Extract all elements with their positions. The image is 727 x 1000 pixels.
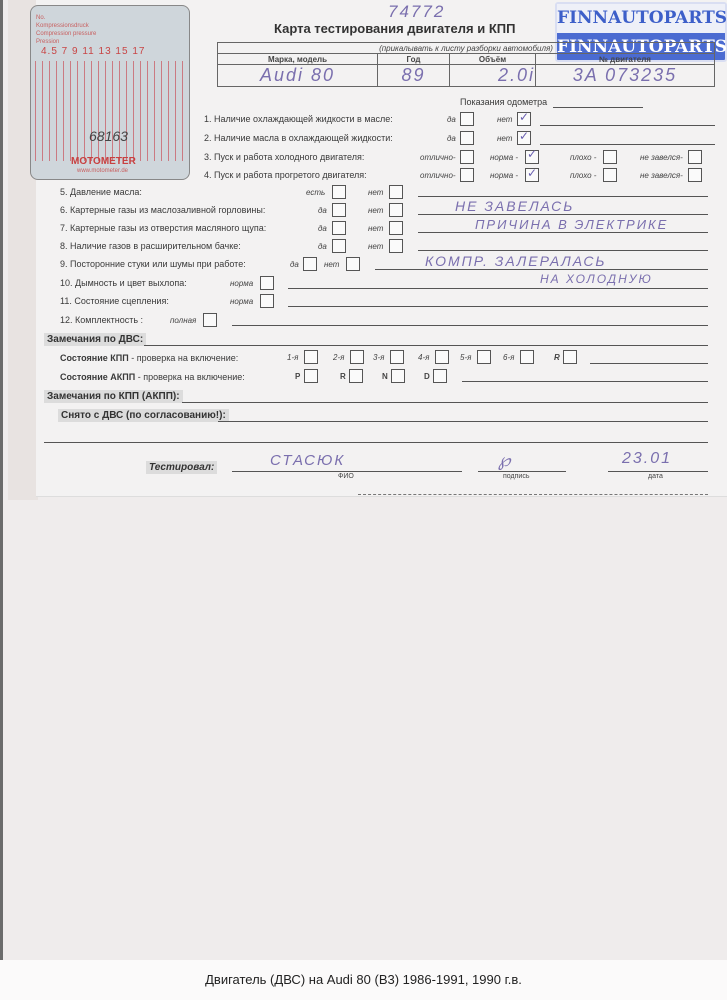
tester-name: СТАСЮК bbox=[270, 452, 345, 469]
card-url: www.motometer.de bbox=[77, 168, 128, 174]
gear-5-checkbox[interactable] bbox=[477, 350, 491, 364]
item-9-no-checkbox[interactable] bbox=[346, 257, 360, 271]
motometer-card: No. Kompressionsdruck Compression pressu… bbox=[30, 5, 190, 180]
notes-line-6 bbox=[288, 288, 708, 289]
name-line bbox=[232, 471, 462, 472]
item-4-not-started-checkbox[interactable] bbox=[688, 168, 702, 182]
value-year: 89 bbox=[378, 65, 450, 87]
note-1: НЕ ЗАВЕЛАСЬ bbox=[455, 198, 574, 214]
odometer-line bbox=[553, 107, 643, 108]
notes-line-7 bbox=[288, 306, 708, 307]
form-subtitle: (прикалывать к листу разборки автомобиля… bbox=[218, 43, 715, 54]
item-4-bad-checkbox[interactable] bbox=[603, 168, 617, 182]
value-model: Audi 80 bbox=[218, 65, 378, 87]
cut-line bbox=[358, 494, 708, 495]
item-3: 3. Пуск и работа холодного двигателя: bbox=[204, 152, 364, 162]
auto-p-checkbox[interactable] bbox=[304, 369, 318, 383]
vehicle-table: (прикалывать к листу разборки автомобиля… bbox=[217, 42, 715, 87]
manual-gearbox-label: Состояние КПП - проверка на включение: bbox=[60, 353, 238, 363]
note-3: КОМПР. ЗАЛЕРАЛАСЬ bbox=[425, 253, 607, 269]
item-6-no-checkbox[interactable] bbox=[389, 203, 403, 217]
test-date: 23.01 bbox=[622, 450, 672, 468]
item-10-normal-checkbox[interactable] bbox=[260, 276, 274, 290]
gearbox-remarks-label: Замечания по КПП (АКПП): bbox=[44, 390, 183, 403]
item-7-no-checkbox[interactable] bbox=[389, 221, 403, 235]
item-1-line bbox=[540, 125, 715, 126]
item-3-not-started-checkbox[interactable] bbox=[688, 150, 702, 164]
item-6-yes-checkbox[interactable] bbox=[332, 203, 346, 217]
item-7: 7. Картерные газы из отверстия масляного… bbox=[60, 223, 266, 233]
date-caption: дата bbox=[648, 473, 663, 480]
item-6: 6. Картерные газы из маслозаливной горло… bbox=[60, 205, 265, 215]
notes-line-4 bbox=[418, 250, 708, 251]
auto-r-checkbox[interactable] bbox=[349, 369, 363, 383]
item-3-bad-checkbox[interactable] bbox=[603, 150, 617, 164]
item-9: 9. Посторонние стуки или шумы при работе… bbox=[60, 259, 246, 269]
separator-line bbox=[44, 442, 708, 443]
gear-6-checkbox[interactable] bbox=[520, 350, 534, 364]
notes-line-5 bbox=[375, 269, 708, 270]
gear-4-checkbox[interactable] bbox=[435, 350, 449, 364]
card-number: 68163 bbox=[89, 128, 128, 144]
item-12: 12. Комплектность : bbox=[60, 315, 143, 325]
form-title: Карта тестирования двигателя и КПП bbox=[274, 21, 515, 36]
signature-caption: подпись bbox=[503, 473, 529, 480]
gear-3-checkbox[interactable] bbox=[390, 350, 404, 364]
notes-line-1 bbox=[418, 196, 708, 197]
checkmark-icon: ✓ bbox=[519, 129, 529, 143]
engine-remarks-label: Замечания по ДВС: bbox=[44, 333, 146, 346]
card-grid bbox=[35, 61, 183, 161]
checkmark-icon: ✓ bbox=[519, 110, 529, 124]
item-5-yes-checkbox[interactable] bbox=[332, 185, 346, 199]
scan-edge bbox=[0, 0, 3, 960]
auto-d-checkbox[interactable] bbox=[433, 369, 447, 383]
stock-number: 74772 bbox=[388, 2, 445, 22]
item-5: 5. Давление масла: bbox=[60, 187, 142, 197]
auto-gearbox-label: Состояние АКПП - проверка на включение: bbox=[60, 372, 245, 382]
item-11-normal-checkbox[interactable] bbox=[260, 294, 274, 308]
item-8: 8. Наличие газов в расширительном бачке: bbox=[60, 241, 241, 251]
value-engine-number: 3A 073235 bbox=[536, 65, 715, 87]
item-9-yes-checkbox[interactable] bbox=[303, 257, 317, 271]
item-12-complete-checkbox[interactable] bbox=[203, 313, 217, 327]
name-caption: ФИО bbox=[338, 473, 354, 480]
col-engine-number: № двигателя bbox=[536, 54, 715, 65]
item-8-yes-checkbox[interactable] bbox=[332, 239, 346, 253]
col-model: Марка, модель bbox=[218, 54, 378, 65]
item-2: 2. Наличие масла в охлаждающей жидкости: bbox=[204, 133, 393, 143]
manual-gearbox-line bbox=[590, 363, 708, 364]
card-brand: MOTOMETER bbox=[71, 156, 136, 167]
auto-gearbox-line bbox=[462, 381, 708, 382]
value-volume: 2.0i bbox=[450, 65, 536, 87]
removed-label: Снято с ДВС (по согласованию!): bbox=[58, 409, 229, 422]
gear-1-checkbox[interactable] bbox=[304, 350, 318, 364]
note-2: ПРИЧИНА В ЭЛЕКТРИКЕ bbox=[475, 217, 668, 232]
item-8-no-checkbox[interactable] bbox=[389, 239, 403, 253]
signature: ℘ bbox=[498, 450, 513, 471]
card-scale: 4.5 7 9 11 13 15 17 bbox=[41, 46, 145, 57]
item-1-yes-checkbox[interactable] bbox=[460, 112, 474, 126]
item-5-no-checkbox[interactable] bbox=[389, 185, 403, 199]
card-header: No. Kompressionsdruck Compression pressu… bbox=[36, 14, 96, 46]
watermark-line-1: FINNAUTOPARTS bbox=[557, 4, 725, 33]
engine-remarks-line bbox=[144, 345, 708, 346]
col-volume: Объём bbox=[450, 54, 536, 65]
removed-line bbox=[218, 421, 708, 422]
notes-line-2 bbox=[418, 214, 708, 215]
item-7-yes-checkbox[interactable] bbox=[332, 221, 346, 235]
col-year: Год bbox=[378, 54, 450, 65]
notes-line-8 bbox=[232, 325, 708, 326]
image-caption: Двигатель (ДВС) на Audi 80 (B3) 1986-199… bbox=[0, 960, 727, 1000]
item-10: 10. Дымность и цвет выхлопа: bbox=[60, 278, 187, 288]
odometer-label: Показания одометра bbox=[460, 97, 547, 107]
note-4: НА ХОЛОДНУЮ bbox=[540, 272, 653, 286]
item-2-yes-checkbox[interactable] bbox=[460, 131, 474, 145]
item-4-excellent-checkbox[interactable] bbox=[460, 168, 474, 182]
gearbox-remarks-line bbox=[182, 402, 708, 403]
date-line bbox=[608, 471, 708, 472]
gear-2-checkbox[interactable] bbox=[350, 350, 364, 364]
item-2-line bbox=[540, 144, 715, 145]
checkmark-icon: ✓ bbox=[527, 147, 537, 161]
signature-line bbox=[478, 471, 566, 472]
gear-r-checkbox[interactable] bbox=[563, 350, 577, 364]
item-3-excellent-checkbox[interactable] bbox=[460, 150, 474, 164]
checkmark-icon: ✓ bbox=[527, 166, 537, 180]
notes-line-3 bbox=[418, 232, 708, 233]
item-1: 1. Наличие охлаждающей жидкости в масле: bbox=[204, 114, 393, 124]
item-4: 4. Пуск и работа прогретого двигателя: bbox=[204, 170, 367, 180]
item-11: 11. Состояние сцепления: bbox=[60, 296, 169, 306]
tested-by-label: Тестировал: bbox=[146, 461, 217, 474]
auto-n-checkbox[interactable] bbox=[391, 369, 405, 383]
